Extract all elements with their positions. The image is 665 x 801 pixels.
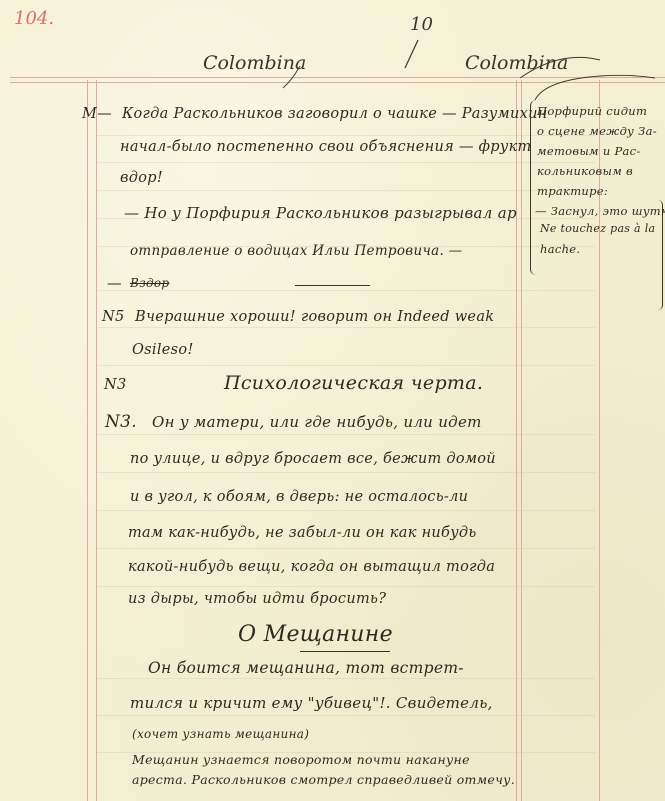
writing-line bbox=[96, 510, 595, 511]
section-heading: Психологическая черта. bbox=[224, 372, 483, 394]
writing-line bbox=[96, 586, 595, 587]
margin-note-line: трактире: bbox=[537, 184, 608, 198]
manuscript-line: Osileso! bbox=[132, 342, 194, 358]
writing-line bbox=[96, 365, 595, 366]
manuscript-line: начал-было постепенно свои объяснения — … bbox=[120, 139, 532, 155]
margin-note-line: — Заснул, это шутка! bbox=[535, 204, 665, 218]
writing-line bbox=[96, 715, 595, 716]
margin-note-line: кольниковым в bbox=[537, 164, 633, 178]
section-heading: О Мещанине bbox=[238, 622, 393, 647]
manuscript-line: вдор! bbox=[120, 170, 163, 186]
manuscript-line: отправление о водицах Ильи Петровича. — bbox=[130, 243, 462, 259]
manuscript-line: Мещанин узнается поворотом почти наканун… bbox=[132, 752, 470, 767]
manuscript-line: там как-нибудь, не забыл-ли он как нибуд… bbox=[128, 525, 477, 541]
writing-line bbox=[96, 290, 595, 291]
entry-marker: М— bbox=[82, 106, 112, 122]
manuscript-line: какой-нибудь вещи, когда он вытащил тогд… bbox=[128, 559, 495, 575]
writing-line bbox=[96, 135, 595, 136]
margin-note-line: метовым и Рас- bbox=[537, 144, 641, 158]
entry-marker: N5 bbox=[102, 309, 125, 325]
entry-marker: N3. bbox=[105, 412, 137, 432]
manuscript-line: из дыры, чтобы идти бросить? bbox=[128, 591, 386, 607]
manuscript-line: по улице, и вдруг бросает все, бежит дом… bbox=[130, 451, 496, 467]
margin-rule-2 bbox=[96, 80, 97, 801]
writing-line bbox=[96, 327, 595, 328]
manuscript-line: Он боится мещанина, тот встрет- bbox=[148, 659, 464, 677]
manuscript-line: (хочет узнать мещанина) bbox=[132, 727, 309, 741]
margin-note-line: Порфирий сидит bbox=[537, 104, 647, 118]
struck-word: Вздор bbox=[130, 276, 169, 290]
header-right: Colombina bbox=[465, 52, 568, 74]
writing-line bbox=[96, 472, 595, 473]
header-left: Colombina bbox=[203, 52, 306, 74]
margin-rule-3 bbox=[516, 80, 517, 801]
manuscript-line: — Но у Порфирия Раскольников разыгрывал … bbox=[124, 204, 517, 222]
writing-line bbox=[96, 190, 595, 191]
margin-note-line: hache. bbox=[540, 242, 580, 256]
manuscript-line: Он у матери, или где нибудь, или идет bbox=[152, 413, 482, 431]
heading-underline bbox=[300, 651, 390, 652]
manuscript-line: Когда Раскольников заговорил о чашке — Р… bbox=[122, 106, 548, 122]
margin-rule-1 bbox=[87, 80, 88, 801]
manuscript-page: 104. 10 Colombina Colombina М— Когда Рас… bbox=[0, 0, 665, 801]
manuscript-line: и в угол, к обоям, в дверь: не осталось-… bbox=[130, 489, 468, 505]
writing-line bbox=[96, 434, 595, 435]
divider-stroke bbox=[295, 285, 370, 286]
writing-line bbox=[96, 548, 595, 549]
entry-marker: N3 bbox=[104, 377, 127, 393]
margin-rule-4 bbox=[521, 80, 522, 801]
manuscript-line: Вчерашние хороши! говорит он Indeed weak bbox=[135, 309, 494, 325]
writing-line bbox=[96, 162, 595, 163]
manuscript-line: тился и кричит ему "убивец"!. Свидетель, bbox=[130, 694, 493, 712]
margin-note-line: о сцене между За- bbox=[537, 124, 657, 138]
entry-marker: — bbox=[107, 276, 122, 292]
writing-line bbox=[96, 678, 595, 679]
margin-note-line: Ne touchez pas à la bbox=[540, 222, 655, 235]
manuscript-line: ареста. Раскольников смотрел справедливе… bbox=[132, 772, 515, 787]
